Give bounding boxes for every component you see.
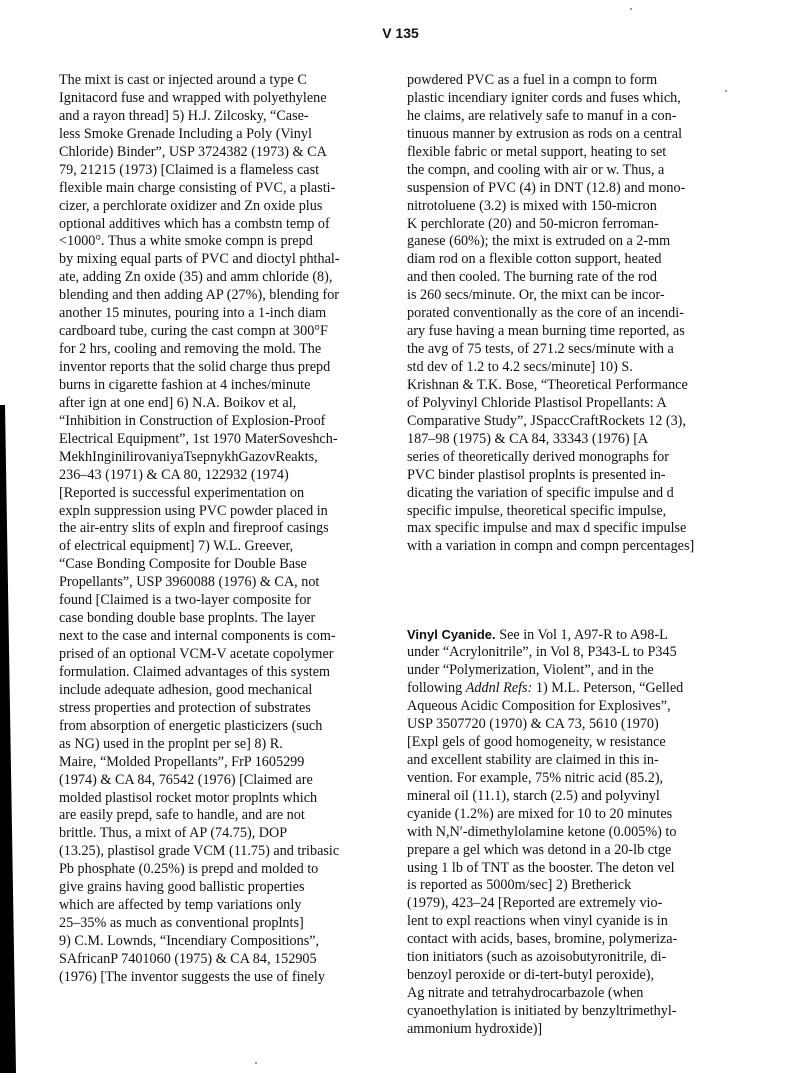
text-line: prised of an optional VCM-V acetate copo… [59,646,389,664]
text-line: for 2 hrs, cooling and removing the mold… [59,341,389,359]
text-line: Aqueous Acidic Composition for Explosive… [407,698,752,716]
text-line: (1974) & CA 84, 76542 (1976) [Claimed ar… [59,772,389,790]
text-line: std dev of 1.2 to 4.2 secs/minute] 10) S… [407,359,752,377]
scan-speck [725,90,727,92]
text-line: The mixt is cast or injected around a ty… [59,72,389,90]
text-line: Propellants”, USP 3960088 (1976) & CA, n… [59,574,389,592]
text-line: as NG) used in the proplnt per se] 8) R. [59,736,389,754]
right-column-continuation: powdered PVC as a fuel in a compn to for… [407,72,752,556]
text-line: powdered PVC as a fuel in a compn to for… [407,72,752,90]
text-line: 187–98 (1975) & CA 84, 33343 (1976) [A [407,431,752,449]
text-line: the avg of 75 tests, of 271.2 secs/minut… [407,341,752,359]
text-line: ary fuse having a mean burning time repo… [407,323,752,341]
text-line: stress properties and protection of subs… [59,700,389,718]
text-line: the air-entry slits of expln and firepro… [59,520,389,538]
text-line: Ignitacord fuse and wrapped with polyeth… [59,90,389,108]
scan-speck [630,8,632,10]
text-line: the compn, and cooling with air or w. Th… [407,162,752,180]
text-line: dicating the variation of specific impul… [407,485,752,503]
text-line: formulation. Claimed advantages of this … [59,664,389,682]
text-line: is reported as 5000m/sec] 2) Bretherick [407,877,752,895]
text-line: give grains having good ballistic proper… [59,879,389,897]
text-line: cizer, a perchlorate oxidizer and Zn oxi… [59,198,389,216]
text-line: ganese (60%); the mixt is extruded on a … [407,233,752,251]
text-line: specific impulse, theoretical specific i… [407,503,752,521]
text-line: SAfricanP 7401060 (1975) & CA 84, 152905 [59,951,389,969]
text-line: ate, adding Zn oxide (35) and amm chlori… [59,269,389,287]
scan-speck [511,1025,513,1027]
text-line: Chloride) Binder”, USP 3724382 (1973) & … [59,144,389,162]
text-line: mineral oil (11.1), starch (2.5) and pol… [407,788,752,806]
text-line: “Inhibition in Construction of Explosion… [59,413,389,431]
text-line: with N,N′-dimethylolamine ketone (0.005%… [407,824,752,842]
text-line: are easily prepd, safe to handle, and ar… [59,807,389,825]
text-line: brittle. Thus, a mixt of AP (74.75), DOP [59,825,389,843]
text-line: with a variation in compn and compn perc… [407,538,752,556]
text-line: ammonium hydroxide)] [407,1021,752,1039]
text-line: less Smoke Grenade Including a Poly (Vin… [59,126,389,144]
text-line: 25–35% as much as conventional proplnts] [59,915,389,933]
text-line: by mixing equal parts of PVC and dioctyl… [59,251,389,269]
text-line: cyanoethylation is initiated by benzyltr… [407,1003,752,1021]
text-line: [Reported is successful experimentation … [59,485,389,503]
entry-heading: Vinyl Cyanide. [407,627,496,642]
text-line: of Polyvinyl Chloride Plastisol Propella… [407,395,752,413]
text-line: from absorption of energetic plasticizer… [59,718,389,736]
text-line: K perchlorate (20) and 50-micron ferroma… [407,216,752,234]
text-line: under “Acrylonitrile”, in Vol 8, P343-L … [407,644,752,662]
text-line: Comparative Study”, JSpaccCraftRockets 1… [407,413,752,431]
text-line: 9) C.M. Lownds, “Incendiary Compositions… [59,933,389,951]
text-line: using 1 lb of TNT as the booster. The de… [407,860,752,878]
text-line: another 15 minutes, pouring into a 1-inc… [59,305,389,323]
text-line: blending and then adding AP (27%), blend… [59,287,389,305]
text-line: under “Polymerization, Violent”, and in … [407,662,752,680]
text-line: tion initiators (such as azoisobutyronit… [407,949,752,967]
text-line: vention. For example, 75% nitric acid (8… [407,770,752,788]
text-line: burns in cigarette fashion at 4 inches/m… [59,377,389,395]
text-line: is 260 secs/minute. Or, the mixt can be … [407,287,752,305]
text-line: max specific impulse and max d specific … [407,520,752,538]
text-line: (1979), 423–24 [Reported are extremely v… [407,895,752,913]
scan-edge-shadow [0,405,16,1073]
text-line: and excellent stability are claimed in t… [407,752,752,770]
text-line: prepare a gel which was detond in a 20-l… [407,842,752,860]
addnl-refs-label: Addnl Refs: [466,680,533,696]
text-line: he claims, are relatively safe to manuf … [407,108,752,126]
section-gap [407,556,752,626]
page-header: V 135 [0,25,801,41]
text-line: expln suppression using PVC powder place… [59,503,389,521]
text-line: following Addnl Refs: 1) M.L. Peterson, … [407,680,752,698]
text-line: which are affected by temp variations on… [59,897,389,915]
text-line: series of theoretically derived monograp… [407,449,752,467]
text-line: inventor reports that the solid charge t… [59,359,389,377]
right-column: powdered PVC as a fuel in a compn to for… [407,72,752,1039]
text-line: <1000°. Thus a white smoke compn is prep… [59,233,389,251]
text-line: USP 3507720 (1970) & CA 73, 5610 (1970) [407,716,752,734]
text-line: [Expl gels of good homogeneity, w resist… [407,734,752,752]
text-line: next to the case and internal components… [59,628,389,646]
text-line: cardboard tube, curing the cast compn at… [59,323,389,341]
text-line: diam rod on a flexible cotton support, h… [407,251,752,269]
text-line: “Case Bonding Composite for Double Base [59,556,389,574]
scan-speck [255,1062,257,1064]
text-line: Pb phosphate (0.25%) is prepd and molded… [59,861,389,879]
text-line: flexible main charge consisting of PVC, … [59,180,389,198]
text-line: porated conventionally as the core of an… [407,305,752,323]
text-line: flexible fabric or metal support, heatin… [407,144,752,162]
text-line: Krishnan & T.K. Bose, “Theoretical Perfo… [407,377,752,395]
text-line: 79, 21215 (1973) [Claimed is a flameless… [59,162,389,180]
text-line: molded plastisol rocket motor proplnts w… [59,790,389,808]
text-line: of electrical equipment] 7) W.L. Greever… [59,538,389,556]
text-line: Maire, “Molded Propellants”, FrP 1605299 [59,754,389,772]
text-line: tinuous manner by extrusion as rods on a… [407,126,752,144]
text-line: nitrotoluene (3.2) is mixed with 150-mic… [407,198,752,216]
text-line: include adequate adhesion, good mechanic… [59,682,389,700]
text-line: optional additives which has a combstn t… [59,216,389,234]
text-line: MekhInginilirovaniyaTsepnykhGazovReakts, [59,449,389,467]
text-line: (1976) [The inventor suggests the use of… [59,969,389,987]
text-line: found [Claimed is a two-layer composite … [59,592,389,610]
left-column: The mixt is cast or injected around a ty… [59,72,389,987]
text-line: after ign at one end] 6) N.A. Boikov et … [59,395,389,413]
text-line: PVC binder plastisol proplnts is present… [407,467,752,485]
text-line: Electrical Equipment”, 1st 1970 MaterSov… [59,431,389,449]
text-line: suspension of PVC (4) in DNT (12.8) and … [407,180,752,198]
text-line: (13.25), plastisol grade VCM (11.75) and… [59,843,389,861]
text-line: 236–43 (1971) & CA 80, 122932 (1974) [59,467,389,485]
text-line: and then cooled. The burning rate of the… [407,269,752,287]
text-line: Ag nitrate and tetrahydrocarbazole (when [407,985,752,1003]
text-line: benzoyl peroxide or di-tert-butyl peroxi… [407,967,752,985]
text-line: cyanide (1.2%) are mixed for 10 to 20 mi… [407,806,752,824]
entry-vinyl-cyanide: Vinyl Cyanide. See in Vol 1, A97-R to A9… [407,626,752,1039]
text-line: case bonding double base proplnts. The l… [59,610,389,628]
text-line: lent to expl reactions when vinyl cyanid… [407,913,752,931]
text-line: plastic incendiary igniter cords and fus… [407,90,752,108]
text-line: contact with acids, bases, bromine, poly… [407,931,752,949]
text-line: and a rayon thread] 5) H.J. Zilcosky, “C… [59,108,389,126]
entry-first-line: Vinyl Cyanide. See in Vol 1, A97-R to A9… [407,626,752,644]
